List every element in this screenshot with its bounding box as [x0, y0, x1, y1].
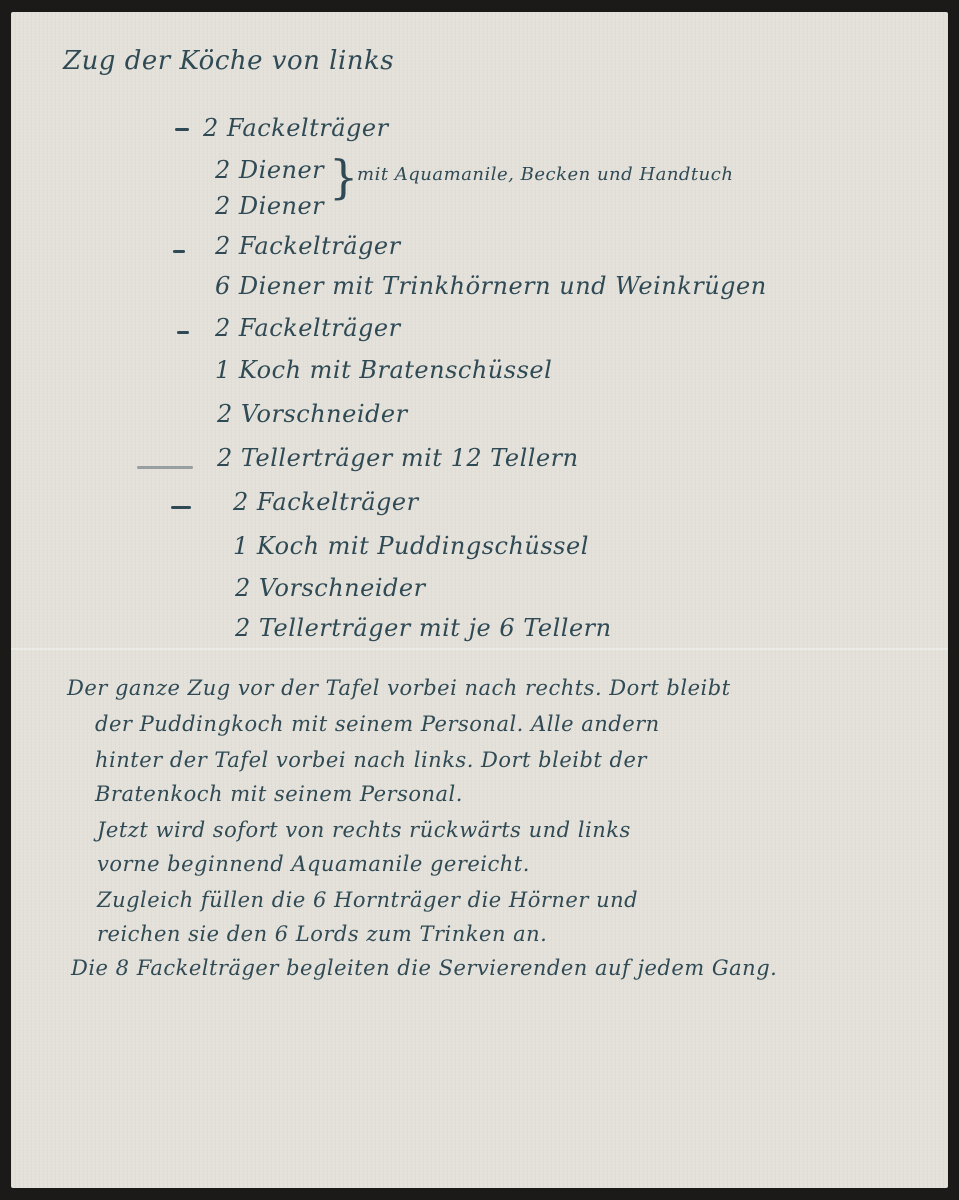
- list-dash: [173, 250, 185, 253]
- list-item: 2 Vorschneider: [217, 400, 408, 428]
- curly-brace: }: [329, 154, 358, 200]
- list-item: 2 Fackelträger: [215, 314, 401, 342]
- paragraph-line: reichen sie den 6 Lords zum Trinken an.: [97, 922, 547, 946]
- brace-annotation: mit Aquamanile, Becken und Handtuch: [357, 164, 733, 185]
- paragraph-line: Zugleich füllen die 6 Hornträger die Hör…: [97, 888, 638, 912]
- list-item: 2 Tellerträger mit je 6 Tellern: [235, 614, 612, 642]
- list-item: 2 Fackelträger: [215, 232, 401, 260]
- list-dash: [175, 128, 189, 131]
- list-item: 2 Diener: [215, 192, 324, 220]
- handwritten-page: Zug der Köche von links 2 Fackelträger 2…: [11, 12, 948, 1188]
- list-item: 1 Koch mit Puddingschüssel: [233, 532, 589, 560]
- list-item: 2 Vorschneider: [235, 574, 426, 602]
- list-item: 2 Tellerträger mit 12 Tellern: [217, 444, 579, 472]
- paragraph-line: Jetzt wird sofort von rechts rückwärts u…: [97, 818, 631, 842]
- paragraph-line: der Puddingkoch mit seinem Personal. All…: [95, 712, 660, 736]
- paragraph-line: Der ganze Zug vor der Tafel vorbei nach …: [67, 676, 731, 700]
- list-dash: [171, 506, 191, 509]
- list-item: 2 Fackelträger: [203, 114, 389, 142]
- list-item: 2 Diener: [215, 156, 324, 184]
- paragraph-line: vorne beginnend Aquamanile gereicht.: [97, 852, 530, 876]
- paragraph-line: Die 8 Fackelträger begleiten die Servier…: [71, 956, 777, 980]
- paper-fold-line: [11, 648, 948, 650]
- paragraph-line: hinter der Tafel vorbei nach links. Dort…: [95, 748, 647, 772]
- list-item: 1 Koch mit Bratenschüssel: [215, 356, 552, 384]
- list-dash: [177, 331, 189, 334]
- list-item: 6 Diener mit Trinkhörnern und Weinkrügen: [215, 272, 767, 300]
- list-dash: [137, 466, 193, 469]
- list-item: 2 Fackelträger: [233, 488, 419, 516]
- paragraph-line: Bratenkoch mit seinem Personal.: [95, 782, 463, 806]
- page-title: Zug der Köche von links: [63, 46, 394, 76]
